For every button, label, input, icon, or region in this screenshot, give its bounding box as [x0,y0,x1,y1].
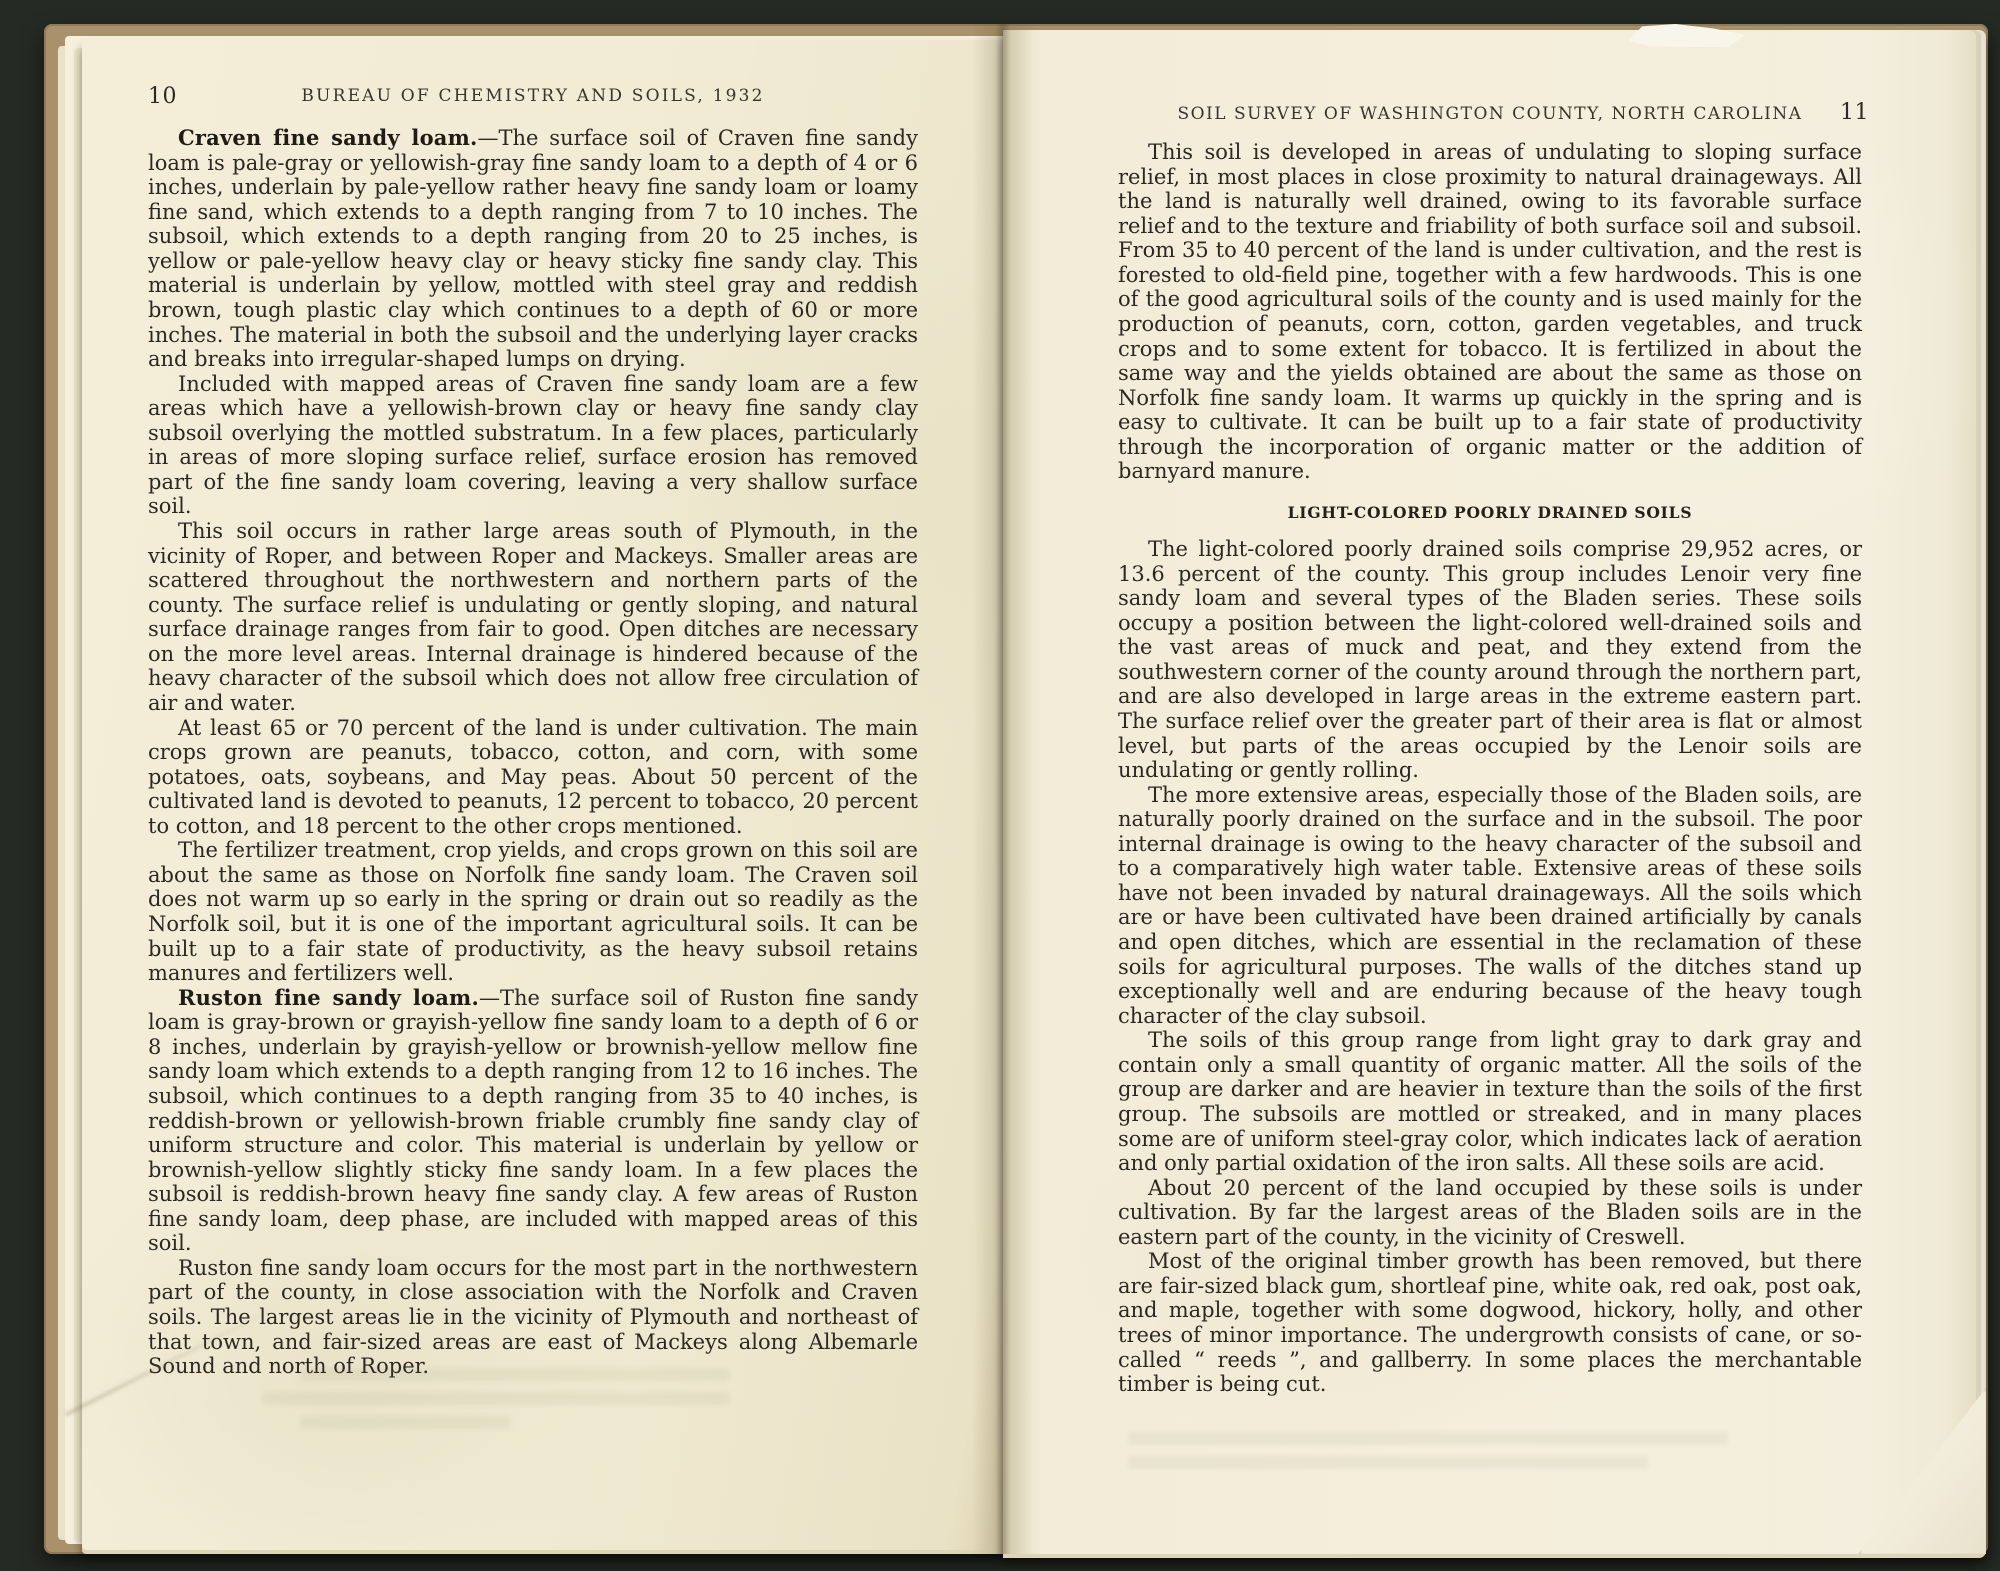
page-showthrough [1128,1456,1648,1469]
paragraph: The fertilizer treatment, crop yields, a… [148,838,918,985]
paragraph: Ruston fine sandy loam occurs for the mo… [148,1256,918,1379]
page-showthrough [300,1416,510,1429]
paragraph: The soils of this group range from light… [1118,1028,1862,1175]
paragraph: Ruston fine sandy loam.—The surface soil… [148,986,918,1256]
soil-type-lead: Ruston fine sandy loam. [178,985,479,1010]
paragraph: This soil occurs in rather large areas s… [148,519,918,716]
paragraph: Included with mapped areas of Craven fin… [148,372,918,519]
left-page-body: Craven fine sandy loam.—The surface soil… [148,126,918,1379]
paragraph: The more extensive areas, especially tho… [1118,783,1862,1029]
paragraph: About 20 percent of the land occupied by… [1118,1176,1862,1250]
right-page-number: 11 [1840,100,1869,125]
paragraph: This soil is developed in areas of undul… [1118,140,1862,484]
right-running-header: SOIL SURVEY OF WASHINGTON COUNTY, NORTH … [1118,104,1862,124]
page-showthrough [262,1392,730,1405]
left-running-header: BUREAU OF CHEMISTRY AND SOILS, 1932 [148,86,918,106]
book-photo: 10 BUREAU OF CHEMISTRY AND SOILS, 1932 C… [0,0,2000,1571]
paragraph: Most of the original timber growth has b… [1118,1249,1862,1396]
paragraph: Craven fine sandy loam.—The surface soil… [148,126,918,372]
page-showthrough [300,1368,730,1381]
right-page-body: This soil is developed in areas of undul… [1118,140,1862,1397]
page-showthrough [1128,1432,1728,1445]
paragraph: At least 65 or 70 percent of the land is… [148,716,918,839]
soil-type-lead: Craven fine sandy loam. [178,125,478,150]
paragraph: The light-colored poorly drained soils c… [1118,537,1862,783]
section-heading: LIGHT-COLORED POORLY DRAINED SOILS [1118,504,1862,522]
